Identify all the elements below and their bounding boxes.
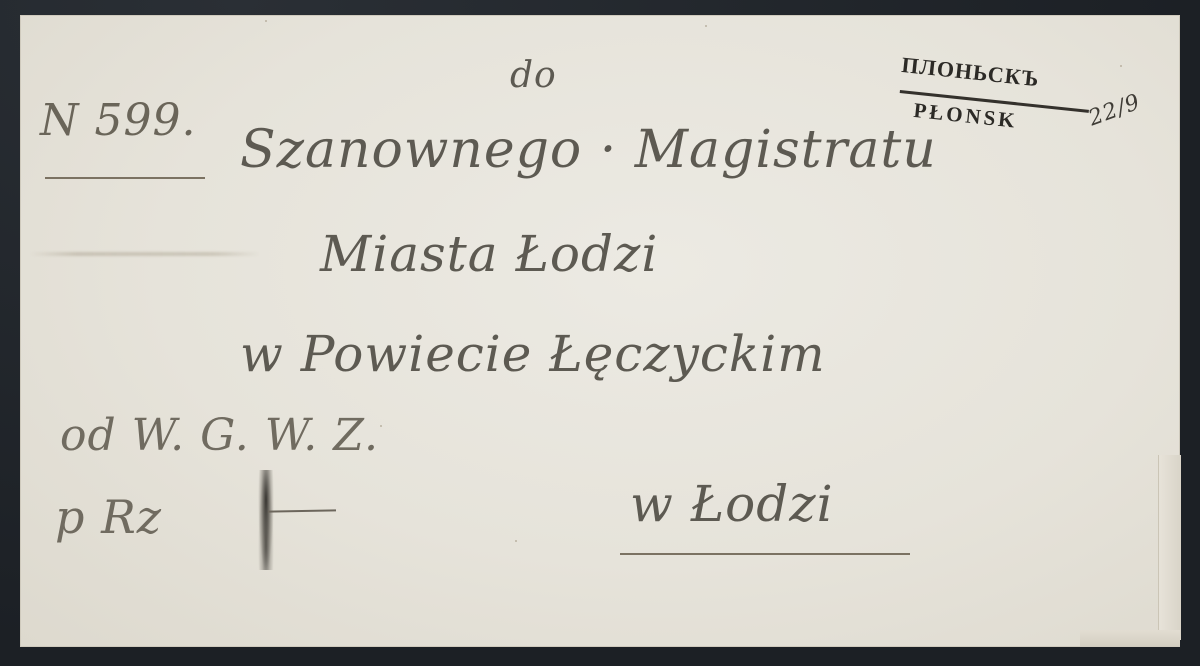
destination-underline [620, 553, 910, 555]
paper-speck [1120, 65, 1122, 67]
address-line-1: Szanownego · Magistratu [240, 120, 937, 180]
destination: w Łodzi [630, 475, 834, 533]
paper-speck [515, 540, 517, 542]
bottom-fold-edge [1080, 630, 1180, 646]
paper-speck [705, 25, 707, 27]
address-prefix: do [510, 55, 557, 96]
paper-speck [265, 20, 267, 22]
folded-flap-edge [1158, 455, 1181, 640]
reference-number: N 599. [40, 95, 196, 146]
address-line-2: Miasta Łodzi [320, 225, 658, 283]
sender-note-line-1: od W. G. W. Z. [60, 410, 379, 461]
reference-underline [45, 177, 205, 179]
paper-crease [30, 252, 260, 256]
ink-blot [258, 470, 274, 570]
address-line-3: w Powiecie Łęczyckim [240, 325, 826, 383]
sender-note-line-2: p Rz [55, 490, 162, 544]
paper-speck [380, 425, 382, 427]
